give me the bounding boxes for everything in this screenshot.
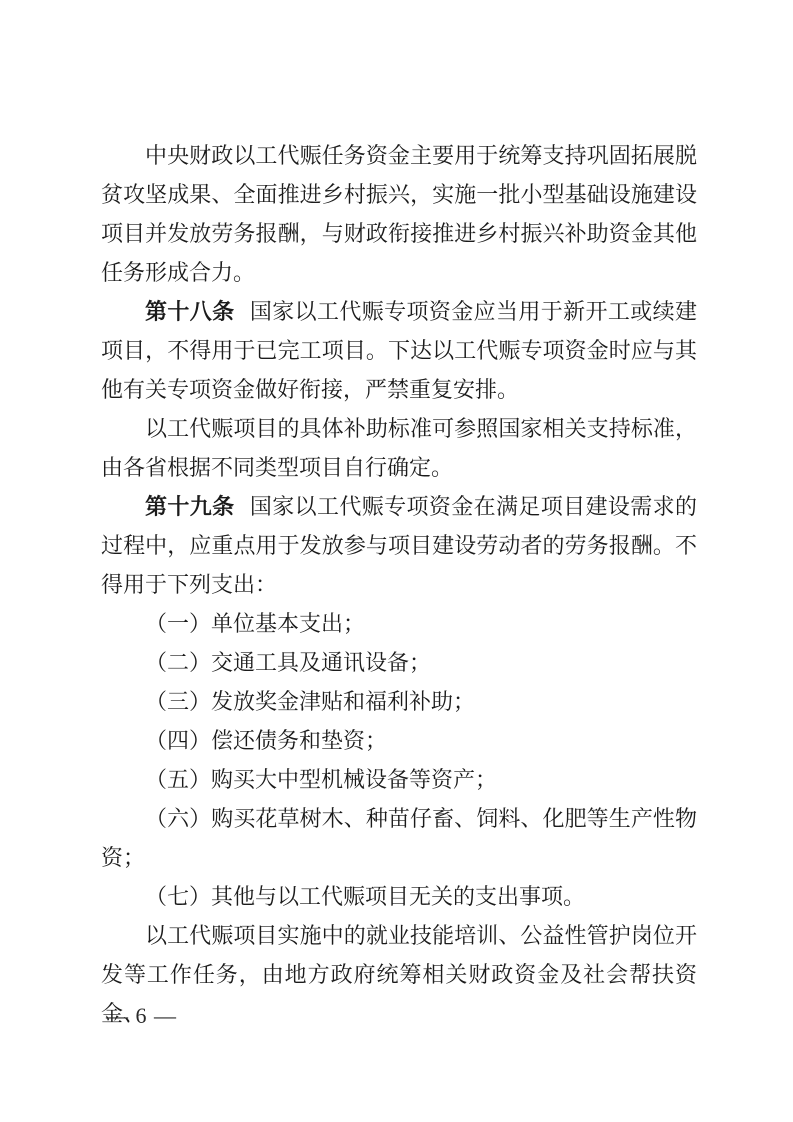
paragraph-article-18: 第十八条国家以工代赈专项资金应当用于新开工或续建项目，不得用于已完工项目。下达以… [101,292,697,409]
list-item-6: （六）购买花草树木、种苗仔畜、饲料、化肥等生产性物资； [101,799,697,877]
document-body: 中央财政以工代赈任务资金主要用于统筹支持巩固拓展脱贫攻坚成果、全面推进乡村振兴，… [101,136,697,1033]
list-item-4: （四）偿还债务和垫资； [101,721,697,760]
article-19-number-label: 第十九条 [145,494,235,519]
paragraph-subsidy-standard: 以工代赈项目的具体补助标准可参照国家相关支持标准，由各省根据不同类型项目自行确定… [101,409,697,487]
paragraph-training-tasks: 以工代赈项目实施中的就业技能培训、公益性管护岗位开发等工作任务，由地方政府统筹相… [101,916,697,1033]
document-page: 中央财政以工代赈任务资金主要用于统筹支持巩固拓展脱贫攻坚成果、全面推进乡村振兴，… [0,0,793,1122]
list-item-1: （一）单位基本支出； [101,604,697,643]
paragraph-article-19: 第十九条国家以工代赈专项资金在满足项目建设需求的过程中，应重点用于发放参与项目建… [101,487,697,604]
article-18-number-label: 第十八条 [145,299,235,324]
page-number: — 6 — [106,1001,177,1031]
list-item-2: （二）交通工具及通讯设备； [101,643,697,682]
list-item-3: （三）发放奖金津贴和福利补助； [101,682,697,721]
paragraph-central-funds: 中央财政以工代赈任务资金主要用于统筹支持巩固拓展脱贫攻坚成果、全面推进乡村振兴，… [101,136,697,292]
list-item-7: （七）其他与以工代赈项目无关的支出事项。 [101,877,697,916]
list-item-5: （五）购买大中型机械设备等资产； [101,760,697,799]
